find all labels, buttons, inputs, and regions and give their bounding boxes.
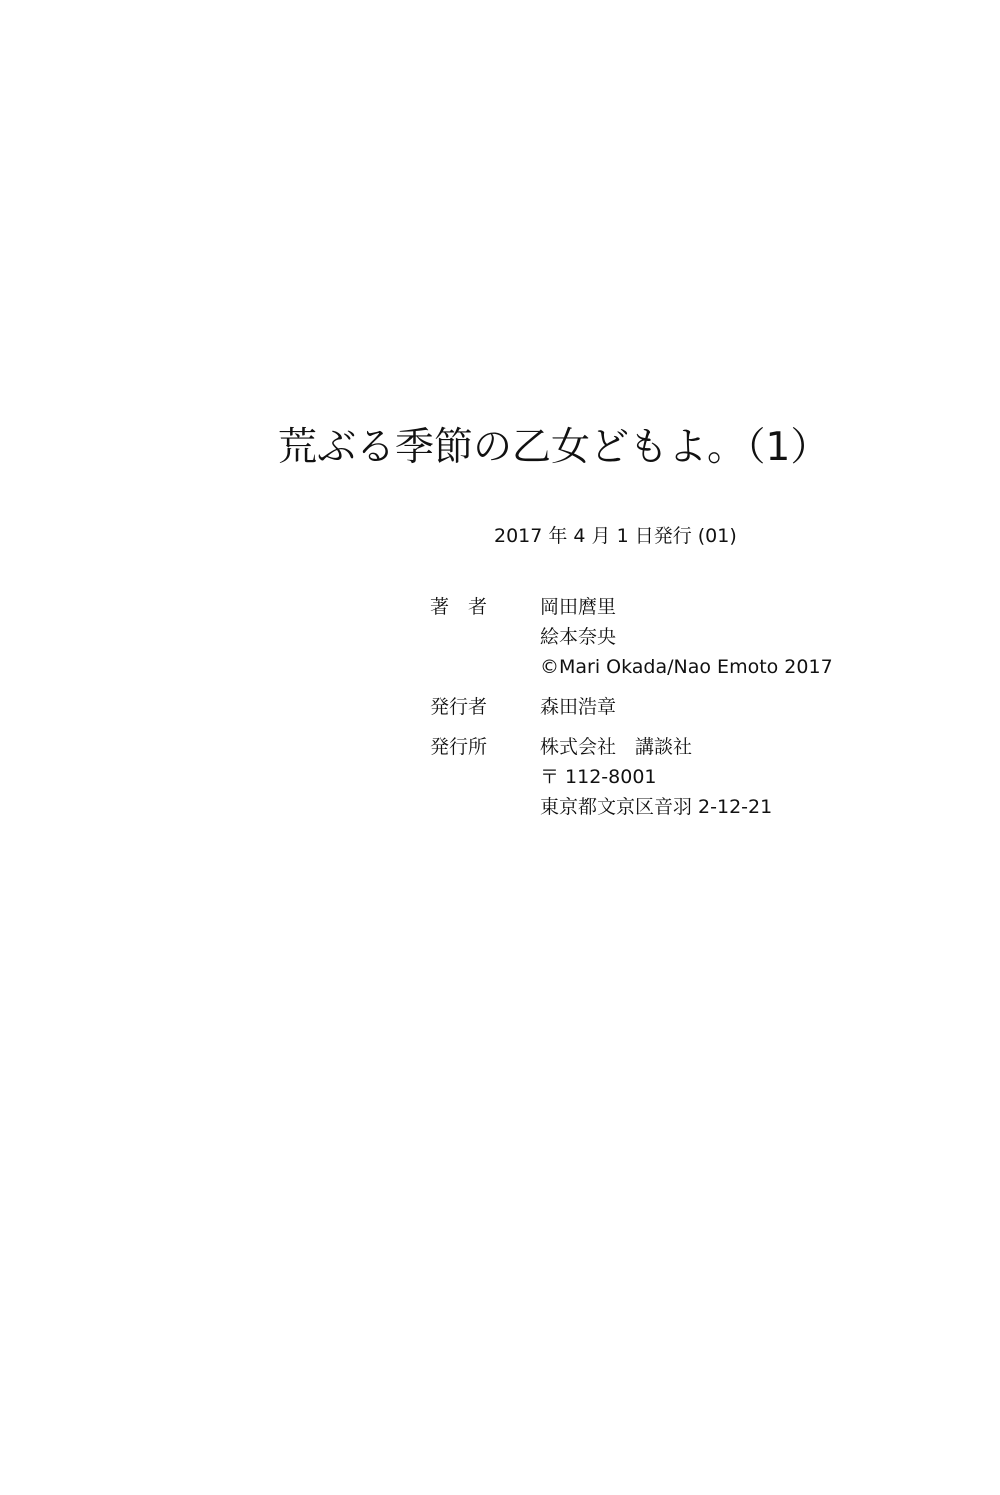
book-title: 荒ぶる季節の乙女どもよ。（1） <box>278 422 829 474</box>
credit-label: 発行所 <box>430 732 540 822</box>
postal-code: 〒 112-8001 <box>540 762 772 792</box>
credit-row-publishing-house: 発行所 株式会社 講談社 〒 112-8001 東京都文京区音羽 2-12-21 <box>430 732 833 822</box>
copyright-notice: ©Mari Okada/Nao Emoto 2017 <box>540 652 833 682</box>
author-name-2: 絵本奈央 <box>540 622 833 652</box>
credit-values: 株式会社 講談社 〒 112-8001 東京都文京区音羽 2-12-21 <box>540 732 772 822</box>
address: 東京都文京区音羽 2-12-21 <box>540 792 772 822</box>
credit-row-publisher-person: 発行者 森田浩章 <box>430 692 833 722</box>
credit-row-author: 著 者 岡田麿里 絵本奈央 ©Mari Okada/Nao Emoto 2017 <box>430 592 833 682</box>
credits-block: 著 者 岡田麿里 絵本奈央 ©Mari Okada/Nao Emoto 2017… <box>430 592 833 832</box>
company-name: 株式会社 講談社 <box>540 732 772 762</box>
credit-values: 森田浩章 <box>540 692 616 722</box>
credit-label: 著 者 <box>430 592 540 682</box>
credit-label: 発行者 <box>430 692 540 722</box>
publisher-name: 森田浩章 <box>540 692 616 722</box>
credit-values: 岡田麿里 絵本奈央 ©Mari Okada/Nao Emoto 2017 <box>540 592 833 682</box>
publication-date: 2017 年 4 月 1 日発行 (01) <box>494 523 737 549</box>
author-name-1: 岡田麿里 <box>540 592 833 622</box>
